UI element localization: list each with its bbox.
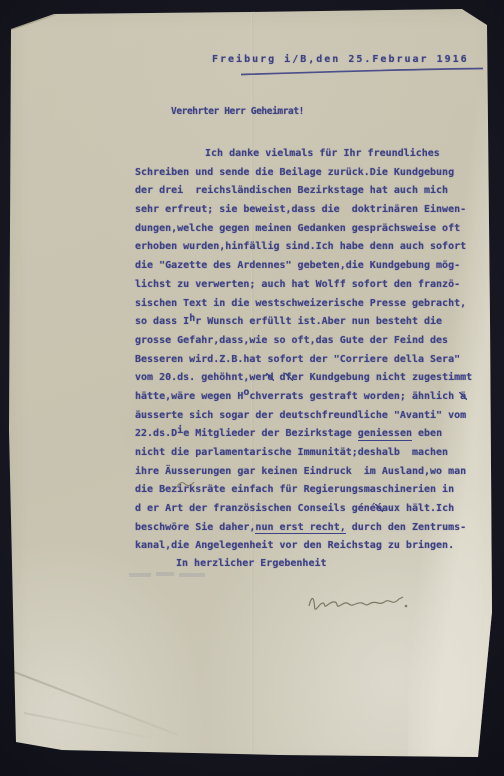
letter-text-segment: erhoben wurden,hinfällig sind.Ich habe d… <box>135 241 466 252</box>
salutation: Verehrter Herr Geheimrat! <box>171 106 304 117</box>
letter-text-segment: sehr erfreut; sie beweist,dass die doktr… <box>135 204 466 215</box>
letter-text-segment: Besseren wird.Z.B.hat sofort der "Corrie… <box>135 354 460 365</box>
letter-text-segment: er Kundgebung nicht zugestimmt <box>292 372 473 383</box>
letter-line: die "Gazette des Ardennes" gebeten,die K… <box>135 257 480 276</box>
letter-line: lichst zu verwerten; auch hat Wolff sofo… <box>135 276 480 295</box>
letter-line: die Bezirksräte einfach für Regierungsma… <box>135 481 480 500</box>
letter-line: erhoben wurden,hinfällig sind.Ich habe d… <box>135 238 480 257</box>
letter-text-segment: chverrats gestraft worden; ähnlich <box>249 391 460 402</box>
letter-line: ihre Äusserungen gar keinen Eindruck im … <box>135 463 480 482</box>
letter-line: 22.ds.Die Mitglieder der Bezirkstage gen… <box>135 425 480 444</box>
letter-text-segment: der drei reichsländischen Bezirkstage ha… <box>135 185 448 196</box>
letter-line: dungen,welche gegen meinen Gedanken gesp… <box>135 220 480 239</box>
letter-text-segment: lichst zu verwerten; auch hat Wolff sofo… <box>135 279 460 290</box>
letter-text-segment: e Mitglieder der Bezirkstage <box>183 428 358 439</box>
letter-line: d er Art der französischen Conseils géné… <box>135 500 480 519</box>
letter-text-segment: aux hält.Ich <box>382 503 454 514</box>
letter-text-segment: h <box>189 313 195 324</box>
letter-line: nicht die parlamentarische Immunität;des… <box>135 444 480 463</box>
letter-text-segment: beschwöre Sie daher, <box>135 522 255 533</box>
letter-line: hätte,wäre wegen Hochverrats gestraft wo… <box>135 388 480 407</box>
letter-text-segment: i <box>177 425 183 436</box>
letter-text-segment: sischen Text in die westschweizerische P… <box>135 298 466 309</box>
letter-line: Besseren wird.Z.B.hat sofort der "Corrie… <box>135 351 480 370</box>
letter-text-segment: grosse Gefahr,dass,wie so oft,das Gute d… <box>135 335 448 346</box>
fold-top-left-corner <box>11 14 56 30</box>
letter-line: sehr erfreut; sie beweist,dass die doktr… <box>135 201 480 220</box>
letter-line: äusserte sich sogar der deutschfreundlic… <box>135 407 480 426</box>
letter-text-segment: ihre Äusserungen gar keinen Eindruck im … <box>135 466 466 477</box>
letter-text-segment: Ich danke vielmals für Ihr freundliches <box>205 148 440 159</box>
letter-text-segment: nun erst recht, <box>255 522 345 535</box>
letter-text-segment: eben <box>412 428 442 439</box>
letter-text-segment: äusserte sich sogar der deutschfreundlic… <box>135 410 466 421</box>
letter-page: Freiburg i/B,den 25.Februar 1916 Verehrt… <box>0 0 504 776</box>
letter-text-segment: die Bezirksräte einfach für Regierungsma… <box>135 484 454 495</box>
letter-line: der drei reichsländischen Bezirkstage ha… <box>135 182 480 201</box>
letter-line: sischen Text in die westschweizerische P… <box>135 295 480 314</box>
letter-text-segment: f <box>286 372 292 383</box>
letter-text-segment: dungen,welche gegen meinen Gedanken gesp… <box>135 223 460 234</box>
letter-text-segment: hätte,wäre wegen H <box>135 391 243 402</box>
letter-line: Ich danke vielmals für Ihr freundliches <box>135 145 480 164</box>
letter-text-segment: durch den Zentrums- <box>346 522 466 533</box>
letter-text-segment: d er Art der französischen Conseils géné <box>135 503 376 514</box>
letter-text-segment: o <box>243 387 249 398</box>
letter-text-segment: é <box>376 503 382 514</box>
closing-line: In herzlicher Ergebenheit <box>176 558 327 569</box>
letter-text-segment: ä <box>460 391 466 402</box>
letter-text-segment: 22.ds.D <box>135 428 177 439</box>
dateline: Freiburg i/B,den 25.Februar 1916 <box>212 53 469 66</box>
letter-body: Ich danke vielmals für Ihr freundlichesS… <box>135 145 480 556</box>
letter-text-segment: nicht die parlamentarische Immunität;des… <box>135 447 448 458</box>
letter-text-segment: r Wunsch erfüllt ist.Aber nun besteht di… <box>195 316 442 327</box>
letter-text-segment: so dass I <box>135 316 189 327</box>
letter-line: beschwöre Sie daher,nun erst recht, durc… <box>135 519 480 538</box>
letter-text-segment: kanal,die Angelegenheit vor den Reichsta… <box>135 540 454 551</box>
scanned-letter-photo: Freiburg i/B,den 25.Februar 1916 Verehrt… <box>0 0 504 776</box>
letter-text-segment: vom 20.ds. gehöhnt,wer <box>135 372 267 383</box>
letter-line: Schreiben und sende die Beilage zurück.D… <box>135 164 480 183</box>
letter-text-segment: geniessen <box>358 428 412 441</box>
letter-line: vom 20.ds. gehöhnt,werd dfer Kundgebung … <box>135 369 480 388</box>
letter-text-segment: d <box>267 372 273 383</box>
letter-text-segment: die "Gazette des Ardennes" gebeten,die K… <box>135 260 460 271</box>
letter-line: kanal,die Angelegenheit vor den Reichsta… <box>135 537 480 556</box>
letter-text-segment: Schreiben und sende die Beilage zurück.D… <box>135 167 454 178</box>
letter-line: grosse Gefahr,dass,wie so oft,das Gute d… <box>135 332 480 351</box>
letter-line: so dass Ihr Wunsch erfüllt ist.Aber nun … <box>135 313 480 332</box>
